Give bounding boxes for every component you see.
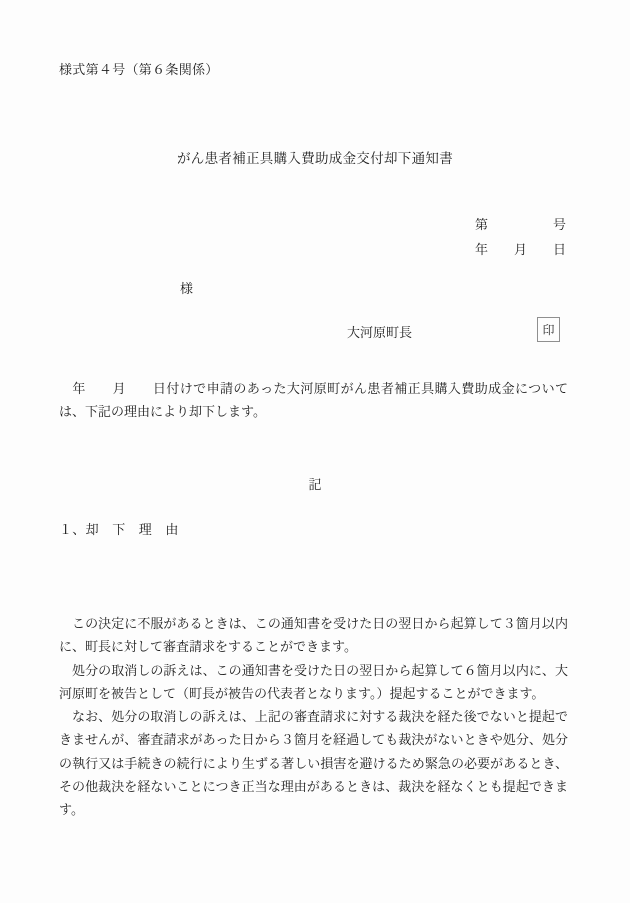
rejection-reason-heading: １、却 下 理 由 [59, 519, 179, 538]
record-heading: 記 [0, 474, 630, 493]
addressee-line: 様 [180, 278, 193, 297]
appeal-notice-block: この決定に不服があるときは、この通知書を受けた日の翌日から起算して３箇月以内に、… [59, 612, 568, 822]
appeal-paragraph: この決定に不服があるときは、この通知書を受けた日の翌日から起算して３箇月以内に、… [59, 612, 568, 659]
appeal-paragraph: 処分の取消しの訴えは、この通知書を受けた日の翌日から起算して６箇月以内に、大河原… [59, 659, 568, 706]
number-date-block: 第 号 年 月 日 [475, 212, 566, 262]
notice-paragraph: 年 月 日付けで申請のあった大河原町がん患者補正具購入費助成金については、下記の… [59, 377, 568, 424]
appeal-paragraph: なお、処分の取消しの訴えは、上記の審査請求に対する裁決を経た後でないと提起できま… [59, 705, 568, 821]
rejection-reason-blank-area [59, 540, 568, 608]
seal-label: 印 [542, 321, 554, 338]
form-number: 様式第４号（第６条関係） [59, 61, 219, 79]
date-line: 年 月 日 [475, 237, 566, 262]
addressee-suffix: 様 [180, 281, 193, 296]
document-number-line: 第 号 [475, 212, 566, 237]
document-page: 様式第４号（第６条関係） がん患者補正具購入費助成金交付却下通知書 第 号 年 … [0, 0, 630, 903]
seal-stamp: 印 [537, 317, 560, 342]
issuer-name: 大河原町長 [347, 322, 412, 341]
document-title: がん患者補正具購入費助成金交付却下通知書 [0, 147, 630, 167]
